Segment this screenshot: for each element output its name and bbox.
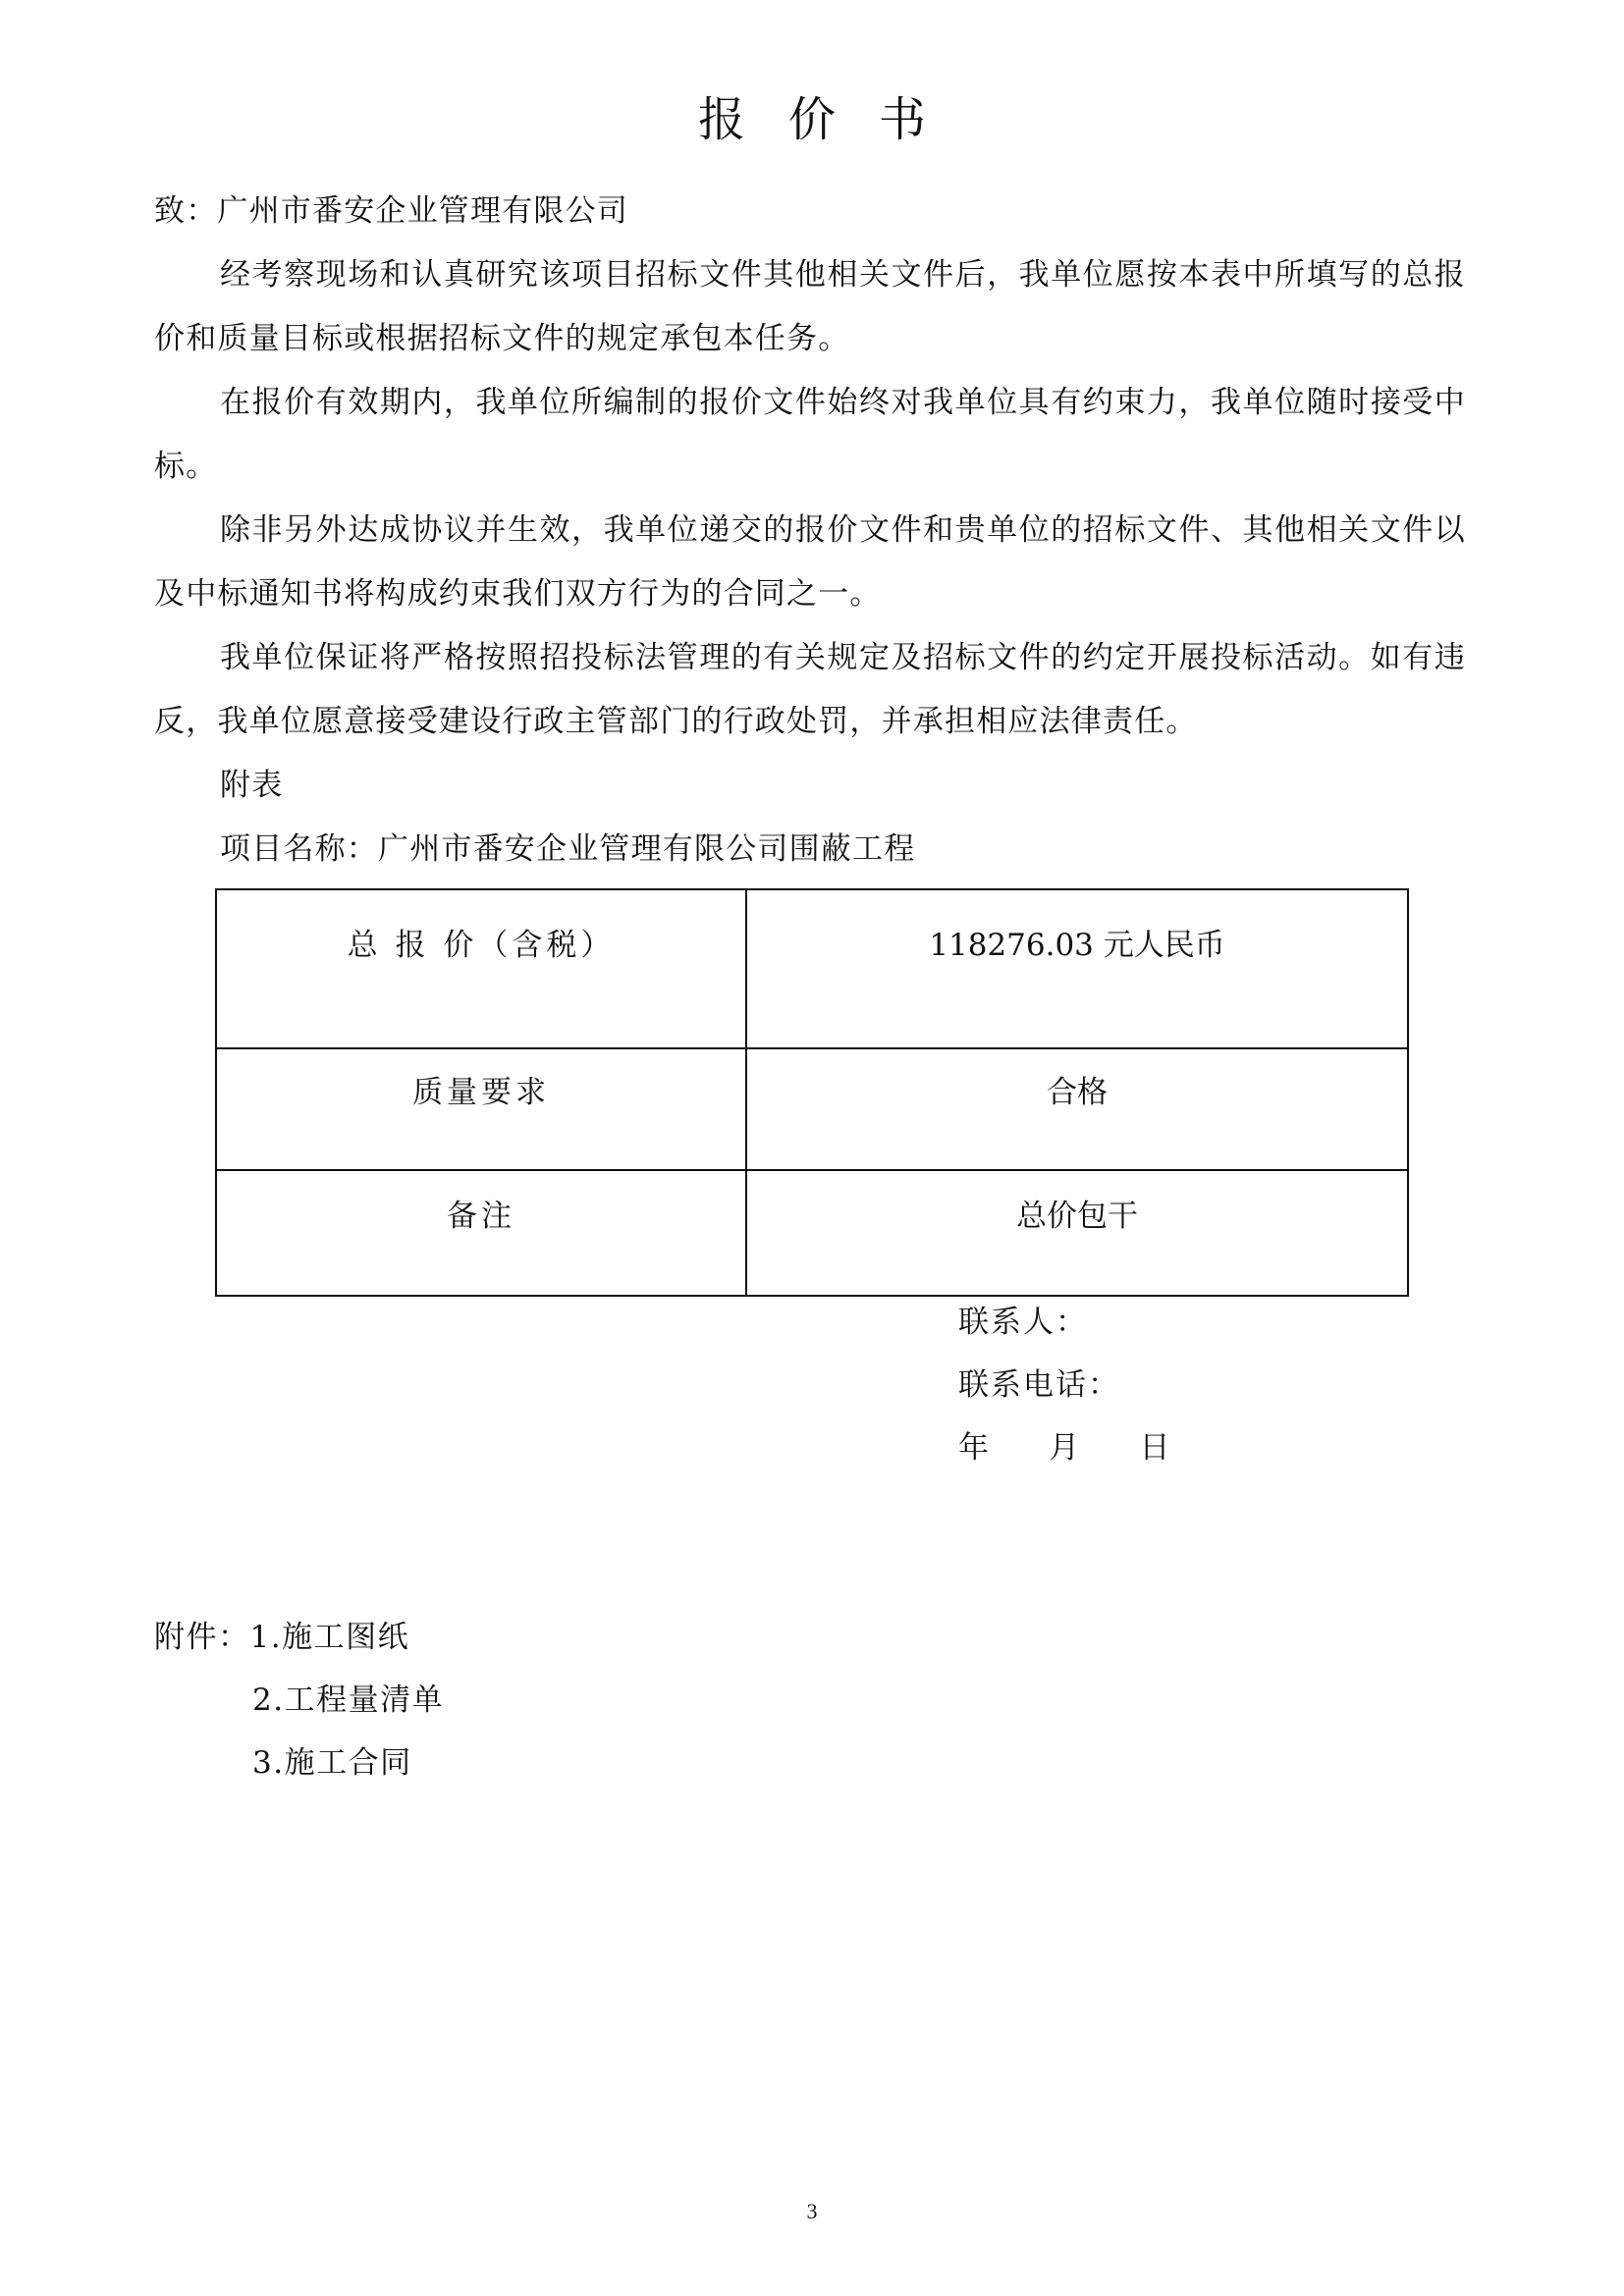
paragraph-compliance: 我单位保证将严格按照招投标法管理的有关规定及招标文件的约定开展投标活动。如有违反…	[154, 626, 1466, 754]
paragraph-commitment: 经考察现场和认真研究该项目招标文件其他相关文件后，我单位愿按本表中所填写的总报价…	[154, 243, 1466, 371]
attachment-item: 3.施工合同	[154, 1732, 444, 1794]
quote-table: 总 报 价（含税） 118276.03 元人民币 质量要求 合格 备注 总价包干	[215, 888, 1409, 1297]
table-row: 总 报 价（含税） 118276.03 元人民币	[216, 889, 1408, 1048]
table-row: 备注 总价包干	[216, 1170, 1408, 1296]
quality-requirement-value: 合格	[746, 1048, 1408, 1170]
quality-requirement-label: 质量要求	[216, 1048, 746, 1170]
document-title: 报价书	[0, 90, 1624, 149]
body-paragraphs: 经考察现场和认真研究该项目招标文件其他相关文件后，我单位愿按本表中所填写的总报价…	[154, 243, 1466, 754]
contact-person-label: 联系人：	[958, 1291, 1172, 1354]
table-row: 质量要求 合格	[216, 1048, 1408, 1170]
paragraph-contract: 除非另外达成协议并生效，我单位递交的报价文件和贵单位的招标文件、其他相关文件以及…	[154, 499, 1466, 626]
attachments-list: 附件：1.施工图纸 2.工程量清单 3.施工合同	[154, 1606, 444, 1794]
attachment-item: 2.工程量清单	[154, 1669, 444, 1732]
attachments-prefix: 附件：	[154, 1620, 250, 1655]
contact-phone-label: 联系电话：	[958, 1354, 1172, 1416]
addressee-line: 致：广州市番安企业管理有限公司	[154, 180, 1466, 243]
document-page: 报价书 致：广州市番安企业管理有限公司 经考察现场和认真研究该项目招标文件其他相…	[0, 0, 1624, 2296]
page-number: 3	[0, 2199, 1624, 2224]
paragraph-validity: 在报价有效期内，我单位所编制的报价文件始终对我单位具有约束力，我单位随时接受中标…	[154, 371, 1466, 499]
contact-block: 联系人： 联系电话： 年 月 日	[958, 1291, 1172, 1479]
date-line: 年 月 日	[958, 1416, 1172, 1479]
attachment-row: 附件：1.施工图纸	[154, 1606, 444, 1669]
remarks-label: 备注	[216, 1170, 746, 1296]
project-name: 项目名称：广州市番安企业管理有限公司围蔽工程	[220, 818, 915, 881]
total-price-label: 总 报 价（含税）	[216, 889, 746, 1048]
total-price-value: 118276.03 元人民币	[746, 889, 1408, 1048]
attachment-item: 1.施工图纸	[250, 1620, 410, 1655]
remarks-value: 总价包干	[746, 1170, 1408, 1296]
appendix-label: 附表	[220, 754, 283, 818]
